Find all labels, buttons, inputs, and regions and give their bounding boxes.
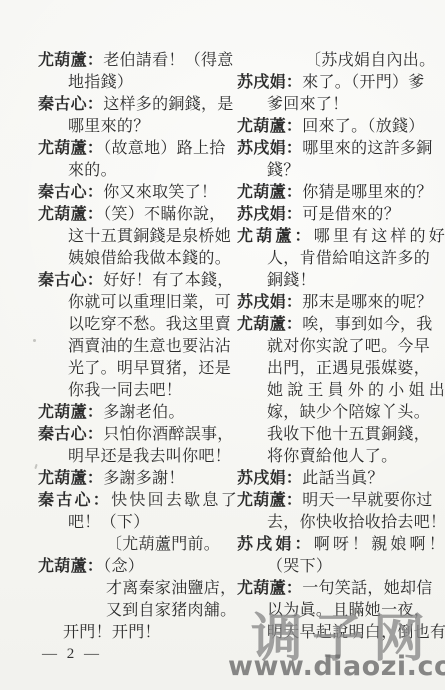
dialogue-line: 苏戌娟：哪里來的这許多銅: [237, 138, 445, 160]
speaker-name: 苏戌娟：: [237, 470, 302, 487]
speaker-name: 尤葫蘆：: [237, 118, 302, 135]
dialogue-line: 秦古心：好好！有了本錢，: [38, 270, 237, 292]
speaker-name: 尤葫蘆：: [38, 206, 103, 223]
script-line: 明早还是我去叫你吧！: [38, 446, 237, 468]
speaker-name: 尤葫蘆：: [237, 316, 302, 333]
script-line: 光了。明早買猪，还是: [38, 358, 237, 380]
speaker-name: 苏戌娟：: [237, 74, 302, 91]
dialogue-line: 苏戌娟：啊呀！親娘啊！: [237, 534, 445, 556]
speaker-name: 尤葫蘆：: [38, 470, 103, 487]
dialogue-line: 尤葫蘆：老伯請看！（得意: [38, 50, 237, 72]
script-line: 來的。: [38, 160, 237, 182]
dialogue-line: 尤葫蘆：唉，事到如今，我: [237, 314, 445, 336]
script-line: 去，你快收拾收拾去吧！: [237, 512, 445, 534]
speaker-name: 尤葫蘆：: [38, 140, 103, 157]
dialogue-line: 尤葫蘆：多謝多謝！: [38, 468, 237, 490]
script-line: 錢？: [237, 160, 445, 182]
script-line: 她說王員外的小姐出: [237, 380, 445, 402]
script-line: 嫁，缺少个陪嫁丫头。: [237, 402, 445, 424]
script-line: 才离秦家油鹽店，: [38, 578, 237, 600]
speaker-name: 尤葫蘆：: [38, 404, 103, 421]
left-column: 尤葫蘆：老伯請看！（得意地指錢）秦古心：这样多的銅錢，是哪里來的？尤葫蘆：（故意…: [38, 50, 237, 644]
script-line: 姨娘借給我做本錢的。: [38, 248, 237, 270]
dialogue-line: 尤葫蘆：回來了。（放錢）: [237, 116, 445, 138]
script-line: 爹回來了！: [237, 94, 445, 116]
script-line: 以吃穿不愁。我这里賣: [38, 314, 237, 336]
speaker-name: 尤葫蘆：: [237, 492, 302, 509]
dialogue-line: 秦古心：快快回去歇息了: [38, 490, 237, 512]
script-line: 将你賣給他人了。: [237, 446, 445, 468]
script-line: 吧！（下）: [38, 512, 237, 534]
script-line: 酒賣油的生意也要沾沾: [38, 336, 237, 358]
dialogue-line: 尤葫蘆：（笑）不瞞你說，: [38, 204, 237, 226]
script-line: 我收下他十五貫銅錢，: [237, 424, 445, 446]
dialogue-line: 尤葫蘆：你猜是哪里來的？: [237, 182, 445, 204]
dialogue-line: 尤葫蘆：（念）: [38, 556, 237, 578]
speaker-name: 苏戌娟：: [237, 294, 302, 311]
script-line: 哪里來的？: [38, 116, 237, 138]
speaker-name: 尤葫蘆：: [237, 184, 302, 201]
script-line: 地指錢）: [38, 72, 237, 94]
dialogue-line: 尤葫蘆：明天一早就要你过: [237, 490, 445, 512]
dialogue-line: 苏戌娟：可是借來的？: [237, 204, 445, 226]
script-line: 銅錢！: [237, 270, 445, 292]
speaker-name: 秦古心：: [38, 272, 103, 289]
script-line: 这十五貫銅錢是泉桥她: [38, 226, 237, 248]
scanned-page: 尤葫蘆：老伯請看！（得意地指錢）秦古心：这样多的銅錢，是哪里來的？尤葫蘆：（故意…: [0, 0, 445, 690]
speaker-name: 尤葫蘆：: [237, 580, 302, 597]
speaker-name: 秦古心：: [38, 96, 103, 113]
speaker-name: 苏戌娟：: [237, 140, 302, 157]
dialogue-line: 苏戌娟：那末是哪來的呢？: [237, 292, 445, 314]
speaker-name: 秦古心：: [38, 492, 111, 509]
speaker-name: 秦古心：: [38, 184, 103, 201]
watermark-url: www.diaozi.com: [228, 651, 445, 682]
dialogue-line: 苏戌娟：此話当眞？: [237, 468, 445, 490]
dialogue-line: 尤葫蘆：多謝老伯。: [38, 402, 237, 424]
script-line: 〔尤葫蘆門前。: [38, 534, 237, 556]
dialogue-line: 苏戌娟：來了。（开門）爹: [237, 72, 445, 94]
scan-speckle: [63, 212, 65, 214]
right-column: 〔苏戌娟自內出。苏戌娟：來了。（开門）爹爹回來了！尤葫蘆：回來了。（放錢）苏戌娟…: [237, 50, 445, 644]
speaker-name: 秦古心：: [38, 426, 103, 443]
speaker-name: 尤葫蘆：: [237, 228, 314, 245]
speaker-name: 苏戌娟：: [237, 536, 314, 553]
script-line: 你就可以重理旧業，可: [38, 292, 237, 314]
page-number: — 2 —: [42, 646, 102, 663]
script-line: 人，肯借給咱这許多的: [237, 248, 445, 270]
speaker-name: 苏戌娟：: [237, 206, 302, 223]
script-line: 开門！开門！: [38, 622, 237, 644]
speaker-name: 尤葫蘆：: [38, 558, 103, 575]
scan-speckle: [33, 339, 36, 342]
script-line: 就对你实說了吧。今早: [237, 336, 445, 358]
speaker-name: 尤葫蘆：: [38, 52, 103, 69]
dialogue-line: 秦古心：这样多的銅錢，是: [38, 94, 237, 116]
script-line: 又到自家猪肉舖。: [38, 600, 237, 622]
dialogue-line: 尤葫蘆：（故意地）路上拾: [38, 138, 237, 160]
dialogue-line: 秦古心：你又來取笑了！: [38, 182, 237, 204]
script-line: 〔苏戌娟自內出。: [237, 50, 445, 72]
dialogue-line: 秦古心：只怕你酒醉誤事，: [38, 424, 237, 446]
script-line: （哭下）: [237, 556, 445, 578]
script-line: 你我一同去吧！: [38, 380, 237, 402]
script-line: 出門，正遇見張媒婆，: [237, 358, 445, 380]
dialogue-line: 尤葫蘆：哪里有这样的好: [237, 226, 445, 248]
